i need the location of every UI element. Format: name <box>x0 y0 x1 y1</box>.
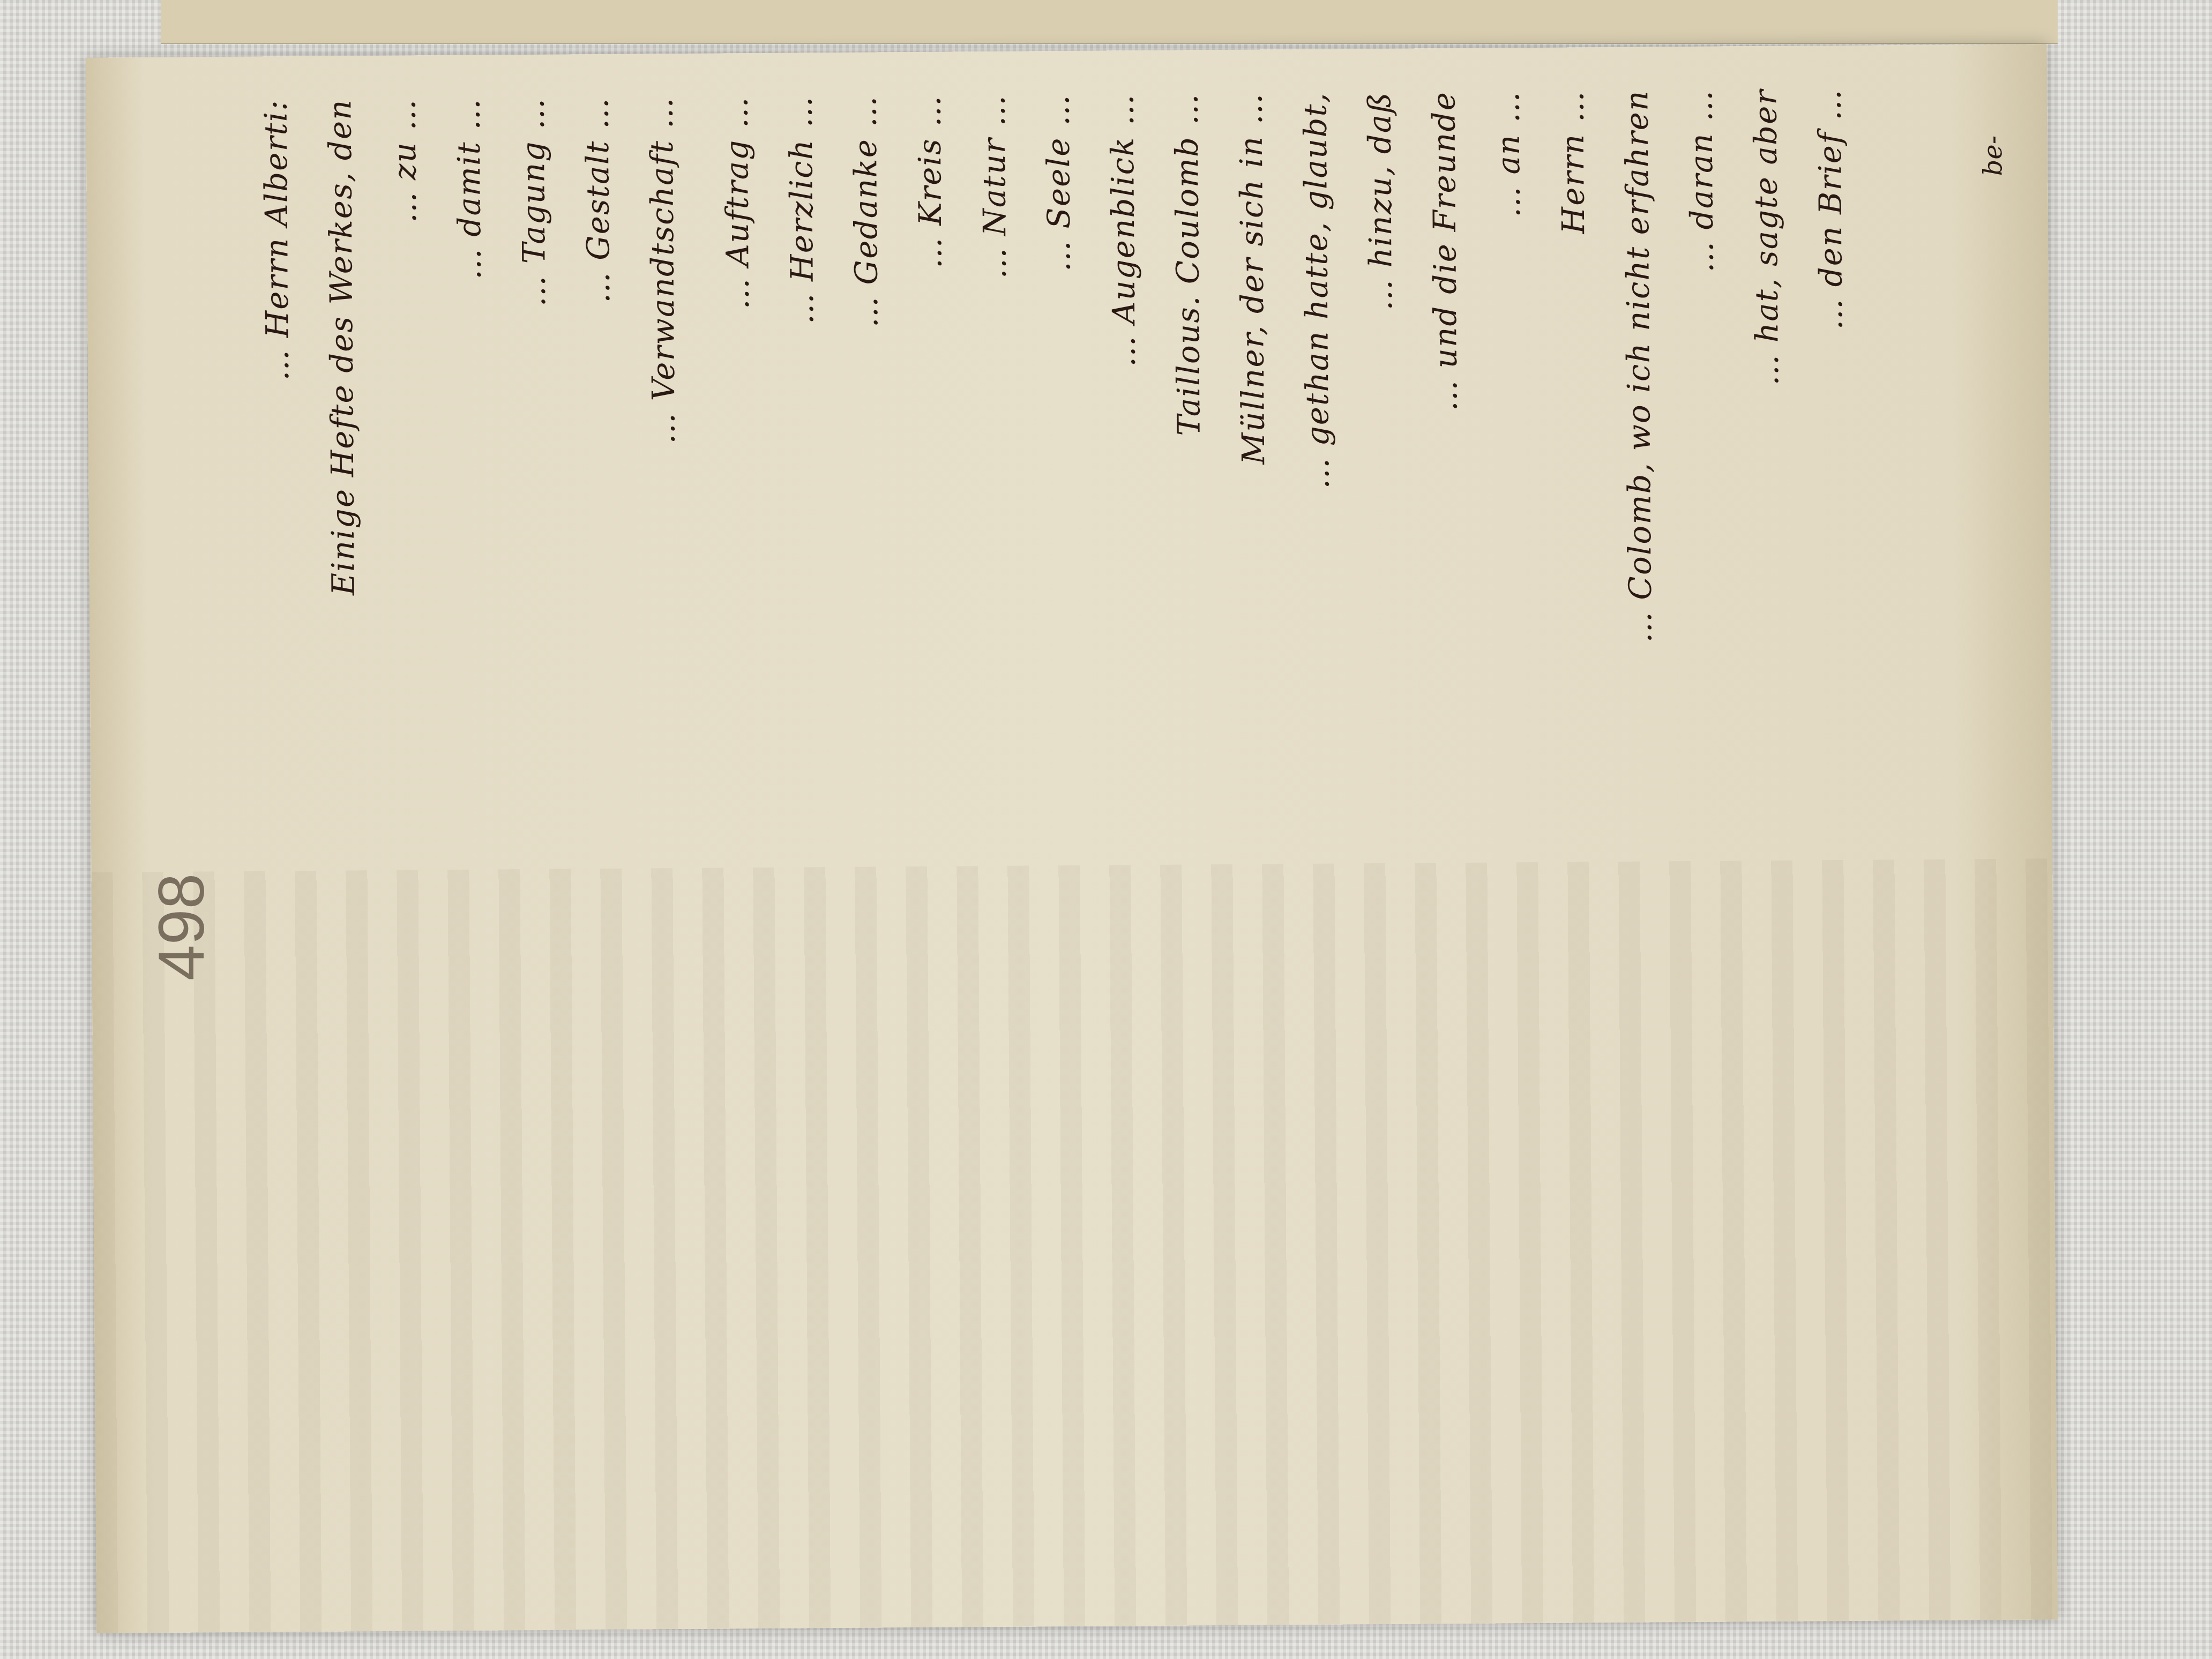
text-line: Taillous. Coulomb … <box>1168 93 1206 854</box>
text-line: … Herzlich … <box>782 95 820 856</box>
bleed-through-area <box>91 858 2058 1633</box>
text-line: … Gestalt … <box>579 97 616 858</box>
text-line: … Auftrag … <box>718 96 756 857</box>
text-line: … daran … <box>1683 89 1720 850</box>
text-line: … Seele … <box>1040 94 1077 855</box>
text-line: … Tagung … <box>514 98 552 858</box>
text-line: … Augenblick … <box>1104 93 1141 854</box>
text-line: … damit … <box>450 98 488 859</box>
text-line: Einige Hefte des Werkes, den <box>322 99 359 860</box>
handwritten-text-area: … Herrn Alberti: Einige Hefte des Werkes… <box>86 44 2053 872</box>
text-line: Herrn … <box>1554 90 1591 851</box>
catchword: be- <box>1978 136 2008 176</box>
text-line: … zu … <box>386 98 423 859</box>
text-line: … hinzu, daß <box>1361 92 1399 853</box>
text-line: … Natur … <box>975 94 1013 855</box>
text-line: … an … <box>1490 91 1527 851</box>
text-line: … hat, sagte aber <box>1747 89 1784 850</box>
text-line: … Herrn Alberti: <box>257 99 295 860</box>
text-line: … Colomb, wo ich nicht erfahren <box>1618 89 1656 850</box>
pencil-page-number: 498 <box>145 873 219 981</box>
text-line: Müllner, der sich in … <box>1232 92 1270 853</box>
text-line: … den Brief … <box>1811 88 1849 849</box>
text-line: … Kreis … <box>911 95 948 856</box>
document-page: … Herrn Alberti: Einige Hefte des Werkes… <box>86 44 2058 1633</box>
text-line: … Verwandtschaft … <box>643 96 681 857</box>
text-line: … und die Freunde <box>1425 91 1463 852</box>
text-line: … gethan hatte, glaubt, <box>1297 92 1334 853</box>
text-line: … Gedanke … <box>847 95 884 856</box>
book-edge-top <box>161 0 2058 44</box>
